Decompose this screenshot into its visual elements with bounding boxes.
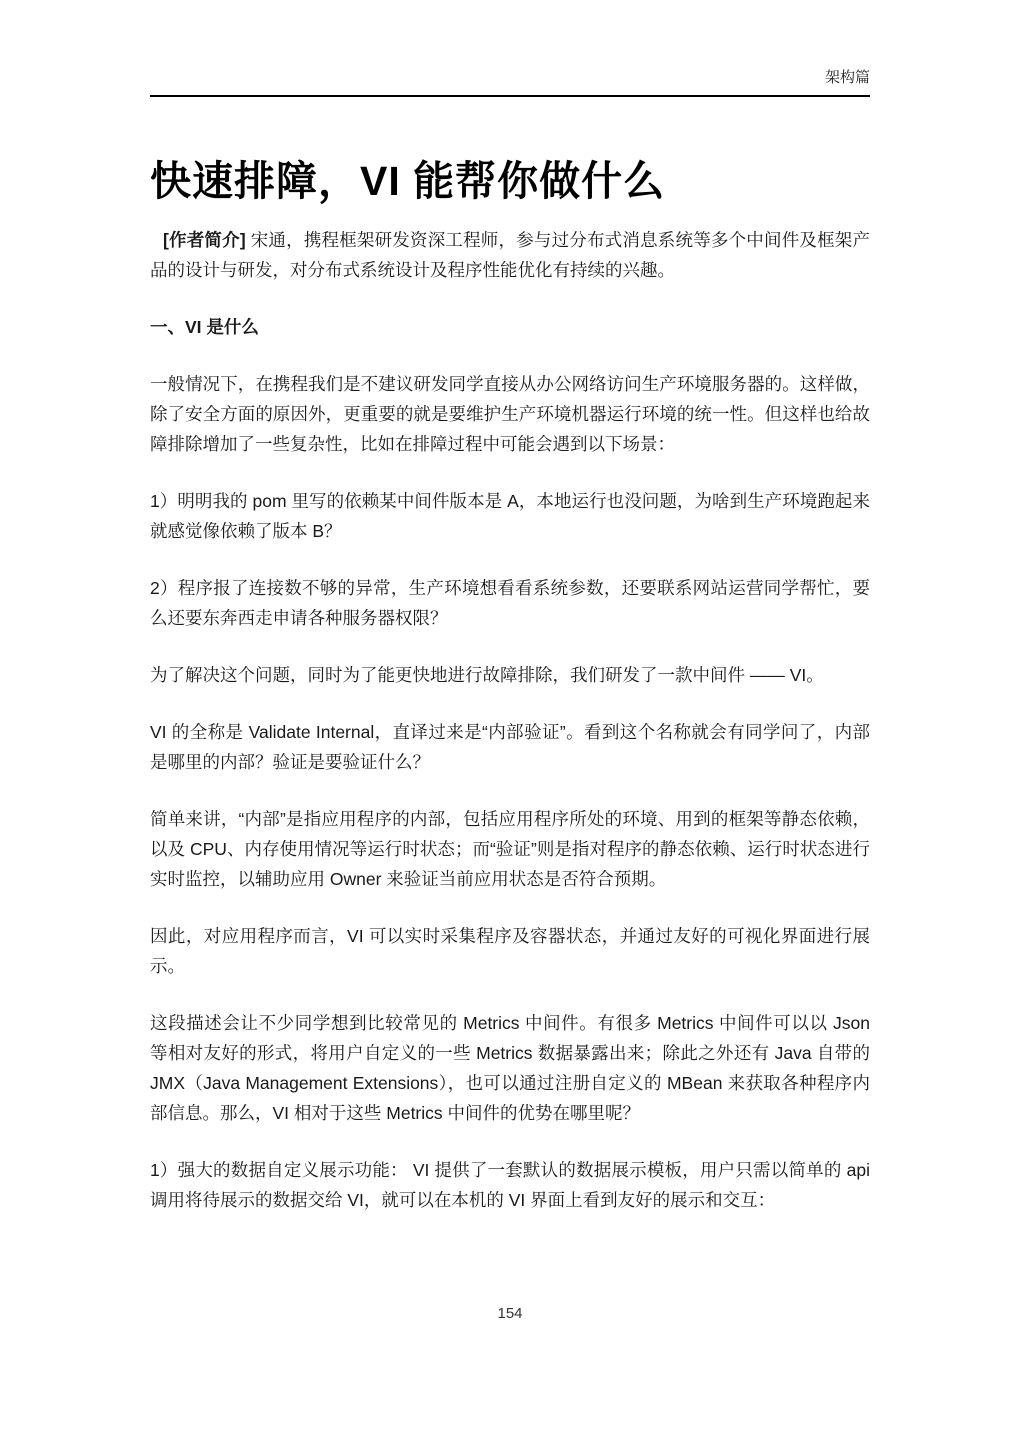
paragraph: 因此，对应用程序而言，VI 可以实时采集程序及容器状态，并通过友好的可视化界面进…	[150, 921, 870, 981]
paragraph: 简单来讲，“内部”是指应用程序的内部，包括应用程序所处的环境、用到的框架等静态依…	[150, 804, 870, 894]
article-title: 快速排障，VI 能帮你做什么	[150, 155, 870, 208]
author-intro: [作者简介] 宋通，携程框架研发资深工程师，参与过分布式消息系统等多个中间件及框…	[150, 225, 870, 285]
paragraph: 2）程序报了连接数不够的异常，生产环境想看看系统参数，还要联系网站运营同学帮忙，…	[150, 573, 870, 633]
paragraph: 为了解决这个问题，同时为了能更快地进行故障排除，我们研发了一款中间件 —— VI…	[150, 660, 870, 690]
section-heading: 一、VI 是什么	[150, 312, 870, 342]
paragraph: 1）强大的数据自定义展示功能： VI 提供了一套默认的数据展示模板，用户只需以简…	[150, 1155, 870, 1215]
paragraph: VI 的全称是 Validate Internal，直译过来是“内部验证”。看到…	[150, 717, 870, 777]
author-intro-text: 宋通，携程框架研发资深工程师，参与过分布式消息系统等多个中间件及框架产品的设计与…	[150, 230, 870, 280]
paragraph: 一般情况下，在携程我们是不建议研发同学直接从办公网络访问生产环境服务器的。这样做…	[150, 369, 870, 459]
paragraph: 1）明明我的 pom 里写的依赖某中间件版本是 A，本地运行也没问题，为啥到生产…	[150, 486, 870, 546]
article-body: [作者简介] 宋通，携程框架研发资深工程师，参与过分布式消息系统等多个中间件及框…	[150, 225, 870, 1242]
page-number: 154	[150, 1305, 870, 1322]
author-intro-label: [作者简介]	[163, 230, 246, 250]
running-header: 架构篇	[150, 66, 870, 97]
paragraph: 这段描述会让不少同学想到比较常见的 Metrics 中间件。有很多 Metric…	[150, 1008, 870, 1128]
